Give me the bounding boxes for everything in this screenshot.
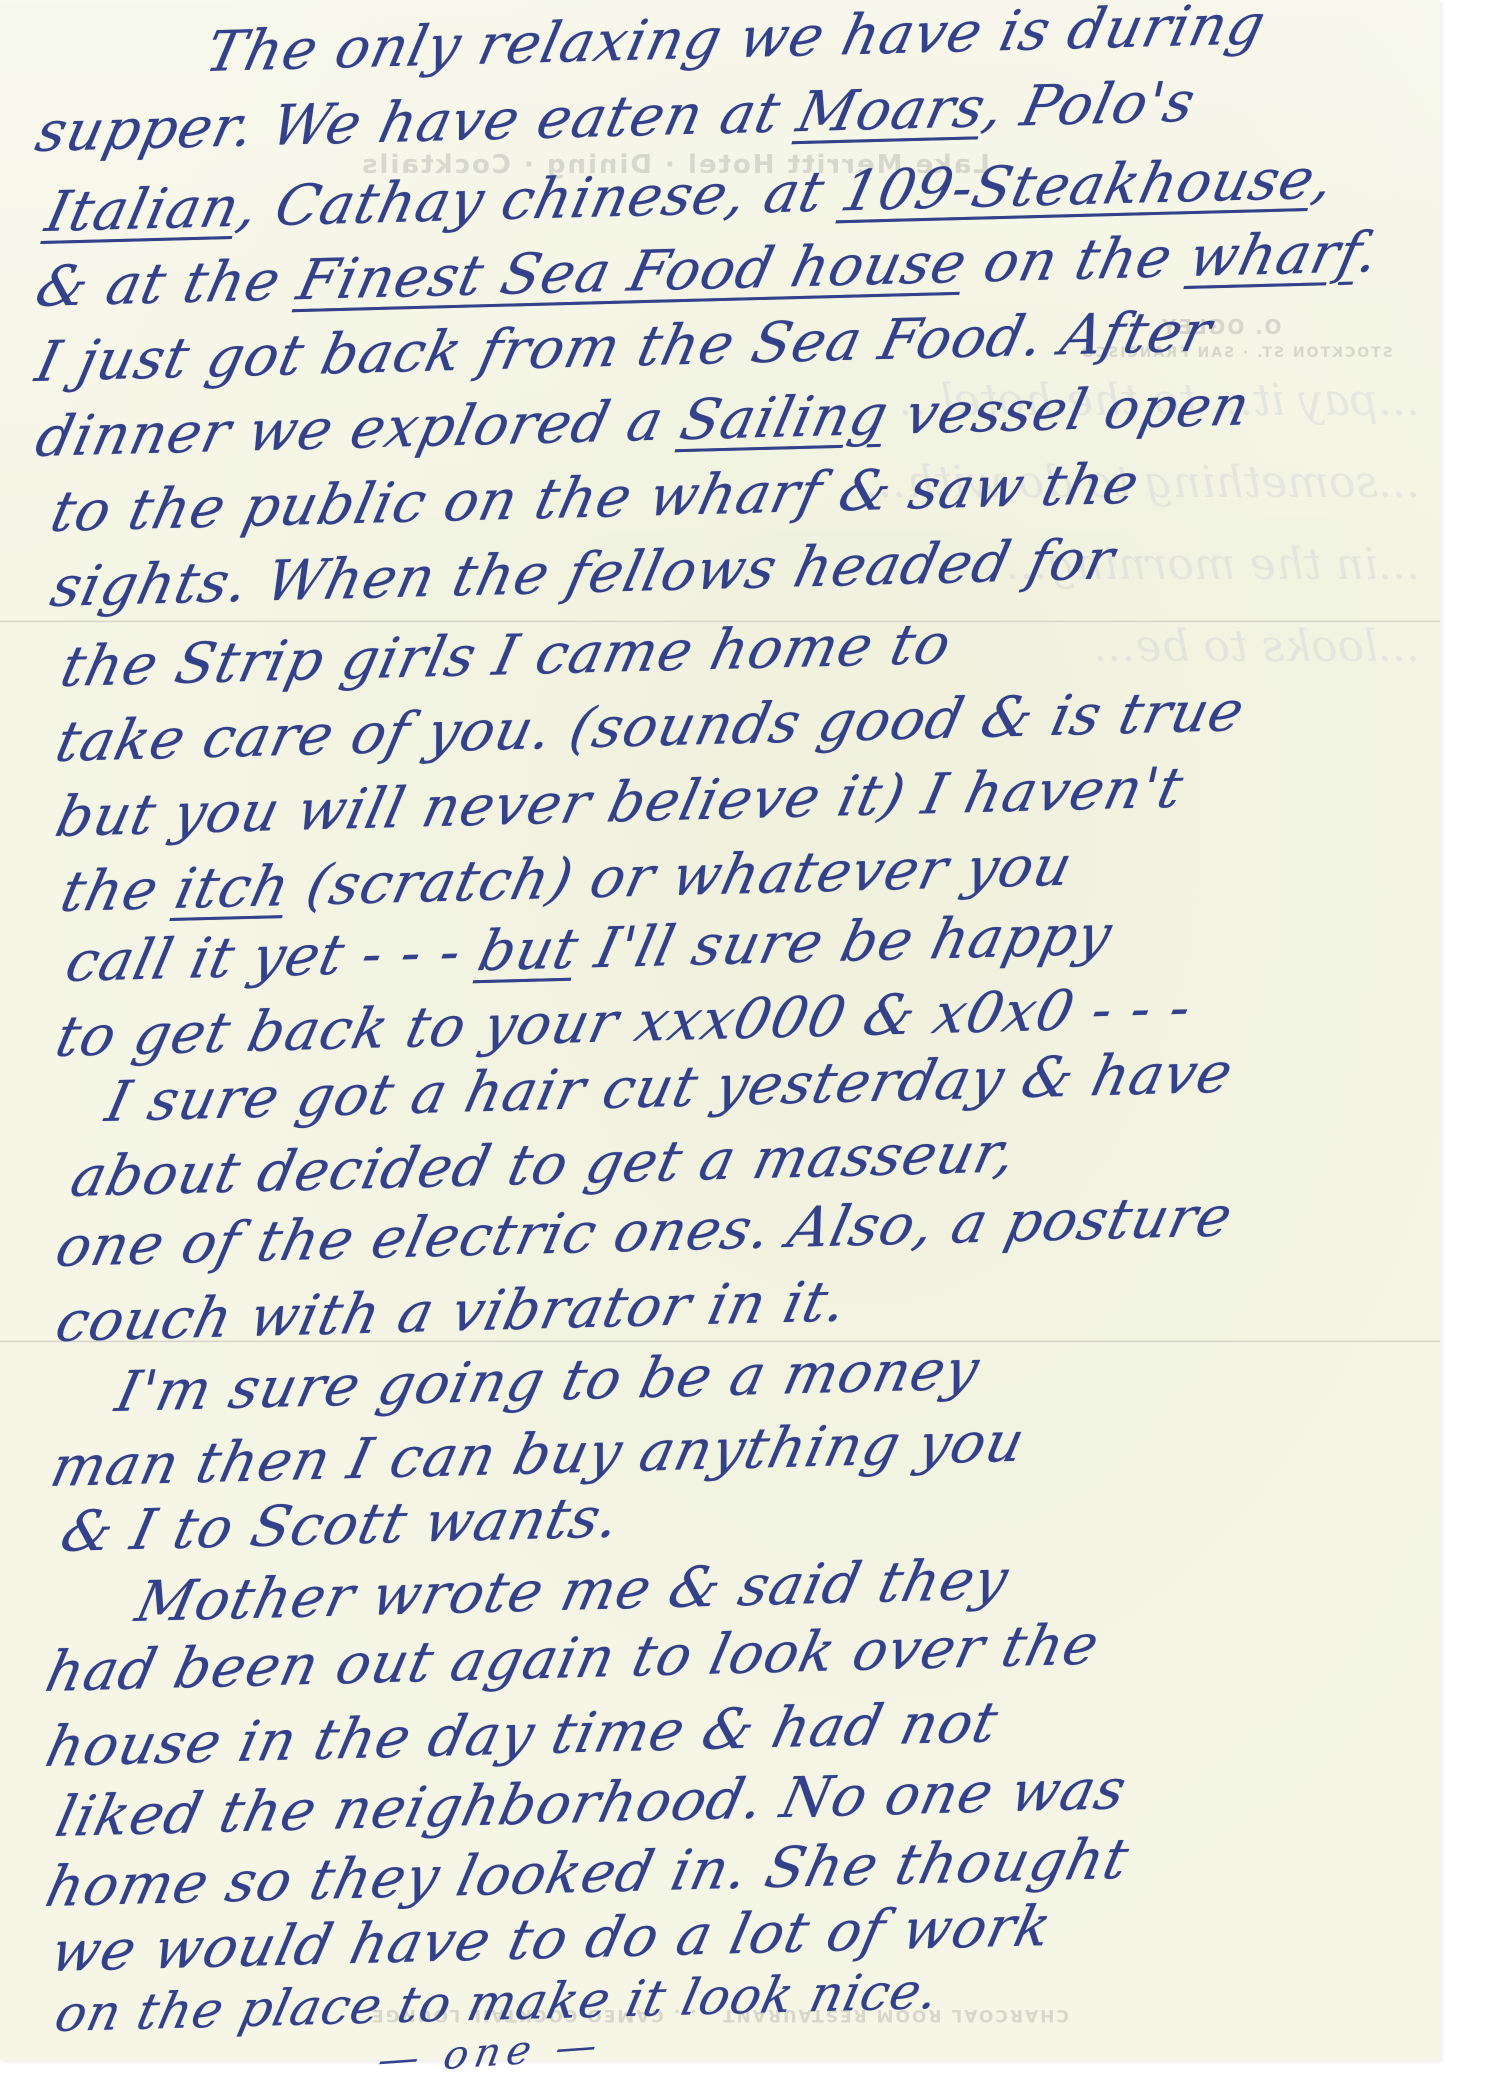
letter-line: the Strip girls I came home to bbox=[55, 612, 957, 700]
letter-line: I'm sure going to be a money bbox=[110, 1338, 986, 1425]
letter-line: sights. When the fellows headed for bbox=[45, 527, 1121, 620]
letter-paper: Lake Merritt Hotel · Dining · Cocktails … bbox=[0, 0, 1440, 2060]
letter-line: & I to Scott wants. bbox=[55, 1486, 626, 1565]
letter-line: man then I can buy anything you bbox=[45, 1410, 1031, 1500]
